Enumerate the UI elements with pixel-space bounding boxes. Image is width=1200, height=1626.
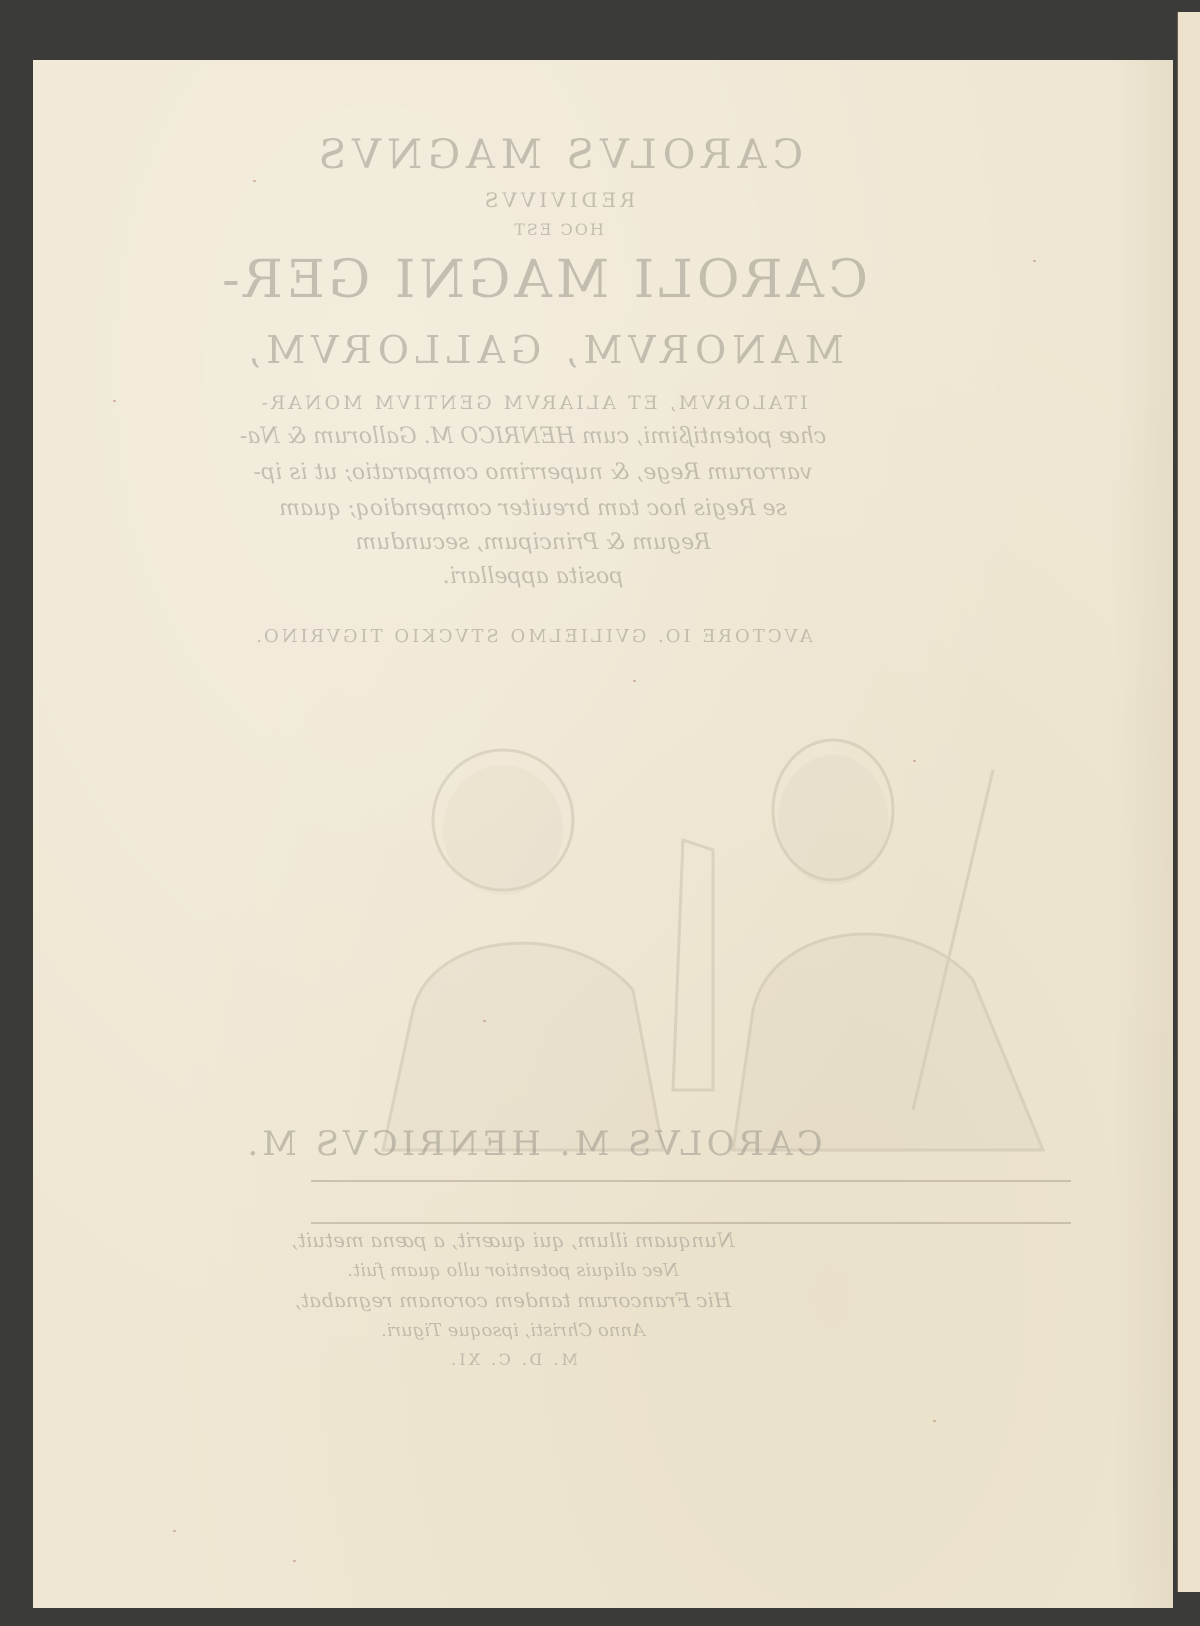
imprint-line: Nunquam illum, qui quærit, a pæna metuit… — [33, 1228, 1173, 1252]
adjacent-page-edge — [1177, 12, 1200, 1592]
imprint-line: Nec aliquis potentior ullo quam fuit. — [33, 1260, 1173, 1281]
bleed-line: ITALORVM, ET ALIARVM GENTIVM MONAR- — [33, 392, 1173, 414]
bleed-line: REDIVIVVS — [33, 188, 1173, 212]
bleed-line: MANORVM, GALLORVM, — [33, 328, 1173, 372]
bleed-line: Regum & Principum, secundum — [33, 530, 1173, 555]
imprint-line: Hic Francorum tandem coronam regnabat, — [33, 1288, 1173, 1312]
engraving-caption: CAROLVS M. HENRICVS M. — [33, 1124, 1173, 1164]
book-page: CAROLVS MAGNVS REDIVIVVS HOC EST CAROLI … — [33, 60, 1173, 1608]
bleed-line: CAROLI MAGNI GER- — [33, 250, 1173, 310]
bleed-line: chæ potentißimi, cum HENRICO M. Gallorum… — [33, 424, 1173, 449]
bleed-line: CAROLVS MAGNVS — [33, 132, 1173, 178]
bleed-through-text: CAROLVS MAGNVS REDIVIVVS HOC EST CAROLI … — [33, 60, 1173, 1608]
bleed-line: posita appellari. — [33, 564, 1173, 589]
bleed-line: varrorum Rege, & nuperrimo comparatio; u… — [33, 460, 1173, 485]
imprint-line: Anno Christi, ipsoque Tiguri. — [33, 1320, 1173, 1341]
bleed-line: se Regis hoc tam breuiter compendioq; qu… — [33, 496, 1173, 521]
imprint-line: M. D. C. XI. — [33, 1350, 1173, 1369]
bleed-line: HOC EST — [33, 220, 1173, 239]
bleed-line: AVCTORE IO. GVILIELMO STVCKIO TIGVRINO. — [33, 626, 1173, 647]
